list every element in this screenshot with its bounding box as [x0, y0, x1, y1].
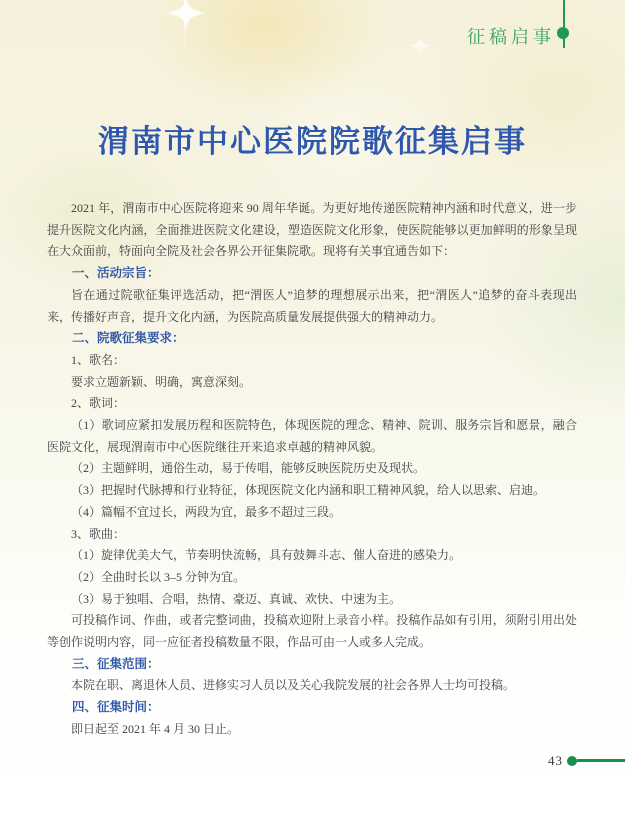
body-paragraph: （2）全曲时长以 3–5 分钟为宜。	[47, 567, 577, 589]
body-paragraph: 本院在职、离退休人员、进修实习人员以及关心我院发展的社会各界人士均可投稿。	[47, 675, 577, 697]
body-paragraph: 要求立题新颖、明确，寓意深刻。	[47, 372, 577, 394]
section-heading: 三、征集范围：	[47, 654, 577, 676]
body-paragraph: （3）把握时代脉搏和行业特征，体现医院文化内涵和职工精神风貌，给人以思索、启迪。	[47, 480, 577, 502]
body-paragraph: 3、歌曲：	[47, 524, 577, 546]
sparkle-icon	[409, 35, 431, 57]
page-number: 43	[548, 753, 563, 769]
corner-tag-dot	[557, 27, 569, 39]
page-title: 渭南市中心医院院歌征集启事	[0, 116, 625, 161]
body-paragraph: （4）篇幅不宜过长，两段为宜，最多不超过三段。	[47, 502, 577, 524]
corner-tag-line	[563, 0, 565, 48]
body-paragraph: （2）主题鲜明，通俗生动，易于传唱，能够反映医院历史及现状。	[47, 458, 577, 480]
section-heading: 二、院歌征集要求：	[47, 328, 577, 350]
body-paragraph: （3）易于独唱、合唱，热情、豪迈、真诚、欢快、中速为主。	[47, 589, 577, 611]
body-paragraph: 2、歌词：	[47, 393, 577, 415]
body-paragraph: 旨在通过院歌征集评选活动，把“渭医人”追梦的理想展示出来，把“渭医人”追梦的奋斗…	[47, 285, 577, 328]
body-paragraph: （1）歌词应紧扣发展历程和医院特色，体现医院的理念、精神、院训、服务宗旨和愿景，…	[47, 415, 577, 458]
body-paragraph: 即日起至 2021 年 4 月 30 日止。	[47, 719, 577, 741]
section-heading: 一、活动宗旨：	[47, 263, 577, 285]
body-paragraph: 可投稿作词、作曲，或者完整词曲，投稿欢迎附上录音小样。投稿作品如有引用，须附引用…	[47, 610, 577, 653]
document-body: 2021 年，渭南市中心医院将迎来 90 周年华诞。为更好地传递医院精神内涵和时…	[47, 198, 577, 741]
body-paragraph: （1）旋律优美大气，节奏明快流畅，具有鼓舞斗志、催人奋进的感染力。	[47, 545, 577, 567]
footer-rule	[577, 759, 625, 762]
section-tag-label: 征稿启事	[467, 23, 555, 49]
document-page: 征稿启事 渭南市中心医院院歌征集启事 2021 年，渭南市中心医院将迎来 90 …	[0, 0, 625, 819]
footer-dot	[567, 756, 577, 766]
body-paragraph: 2021 年，渭南市中心医院将迎来 90 周年华诞。为更好地传递医院精神内涵和时…	[47, 198, 577, 263]
section-heading: 四、征集时间：	[47, 697, 577, 719]
body-paragraph: 1、歌名：	[47, 350, 577, 372]
light-streak	[184, 0, 186, 56]
sparkle-icon	[167, 0, 205, 32]
